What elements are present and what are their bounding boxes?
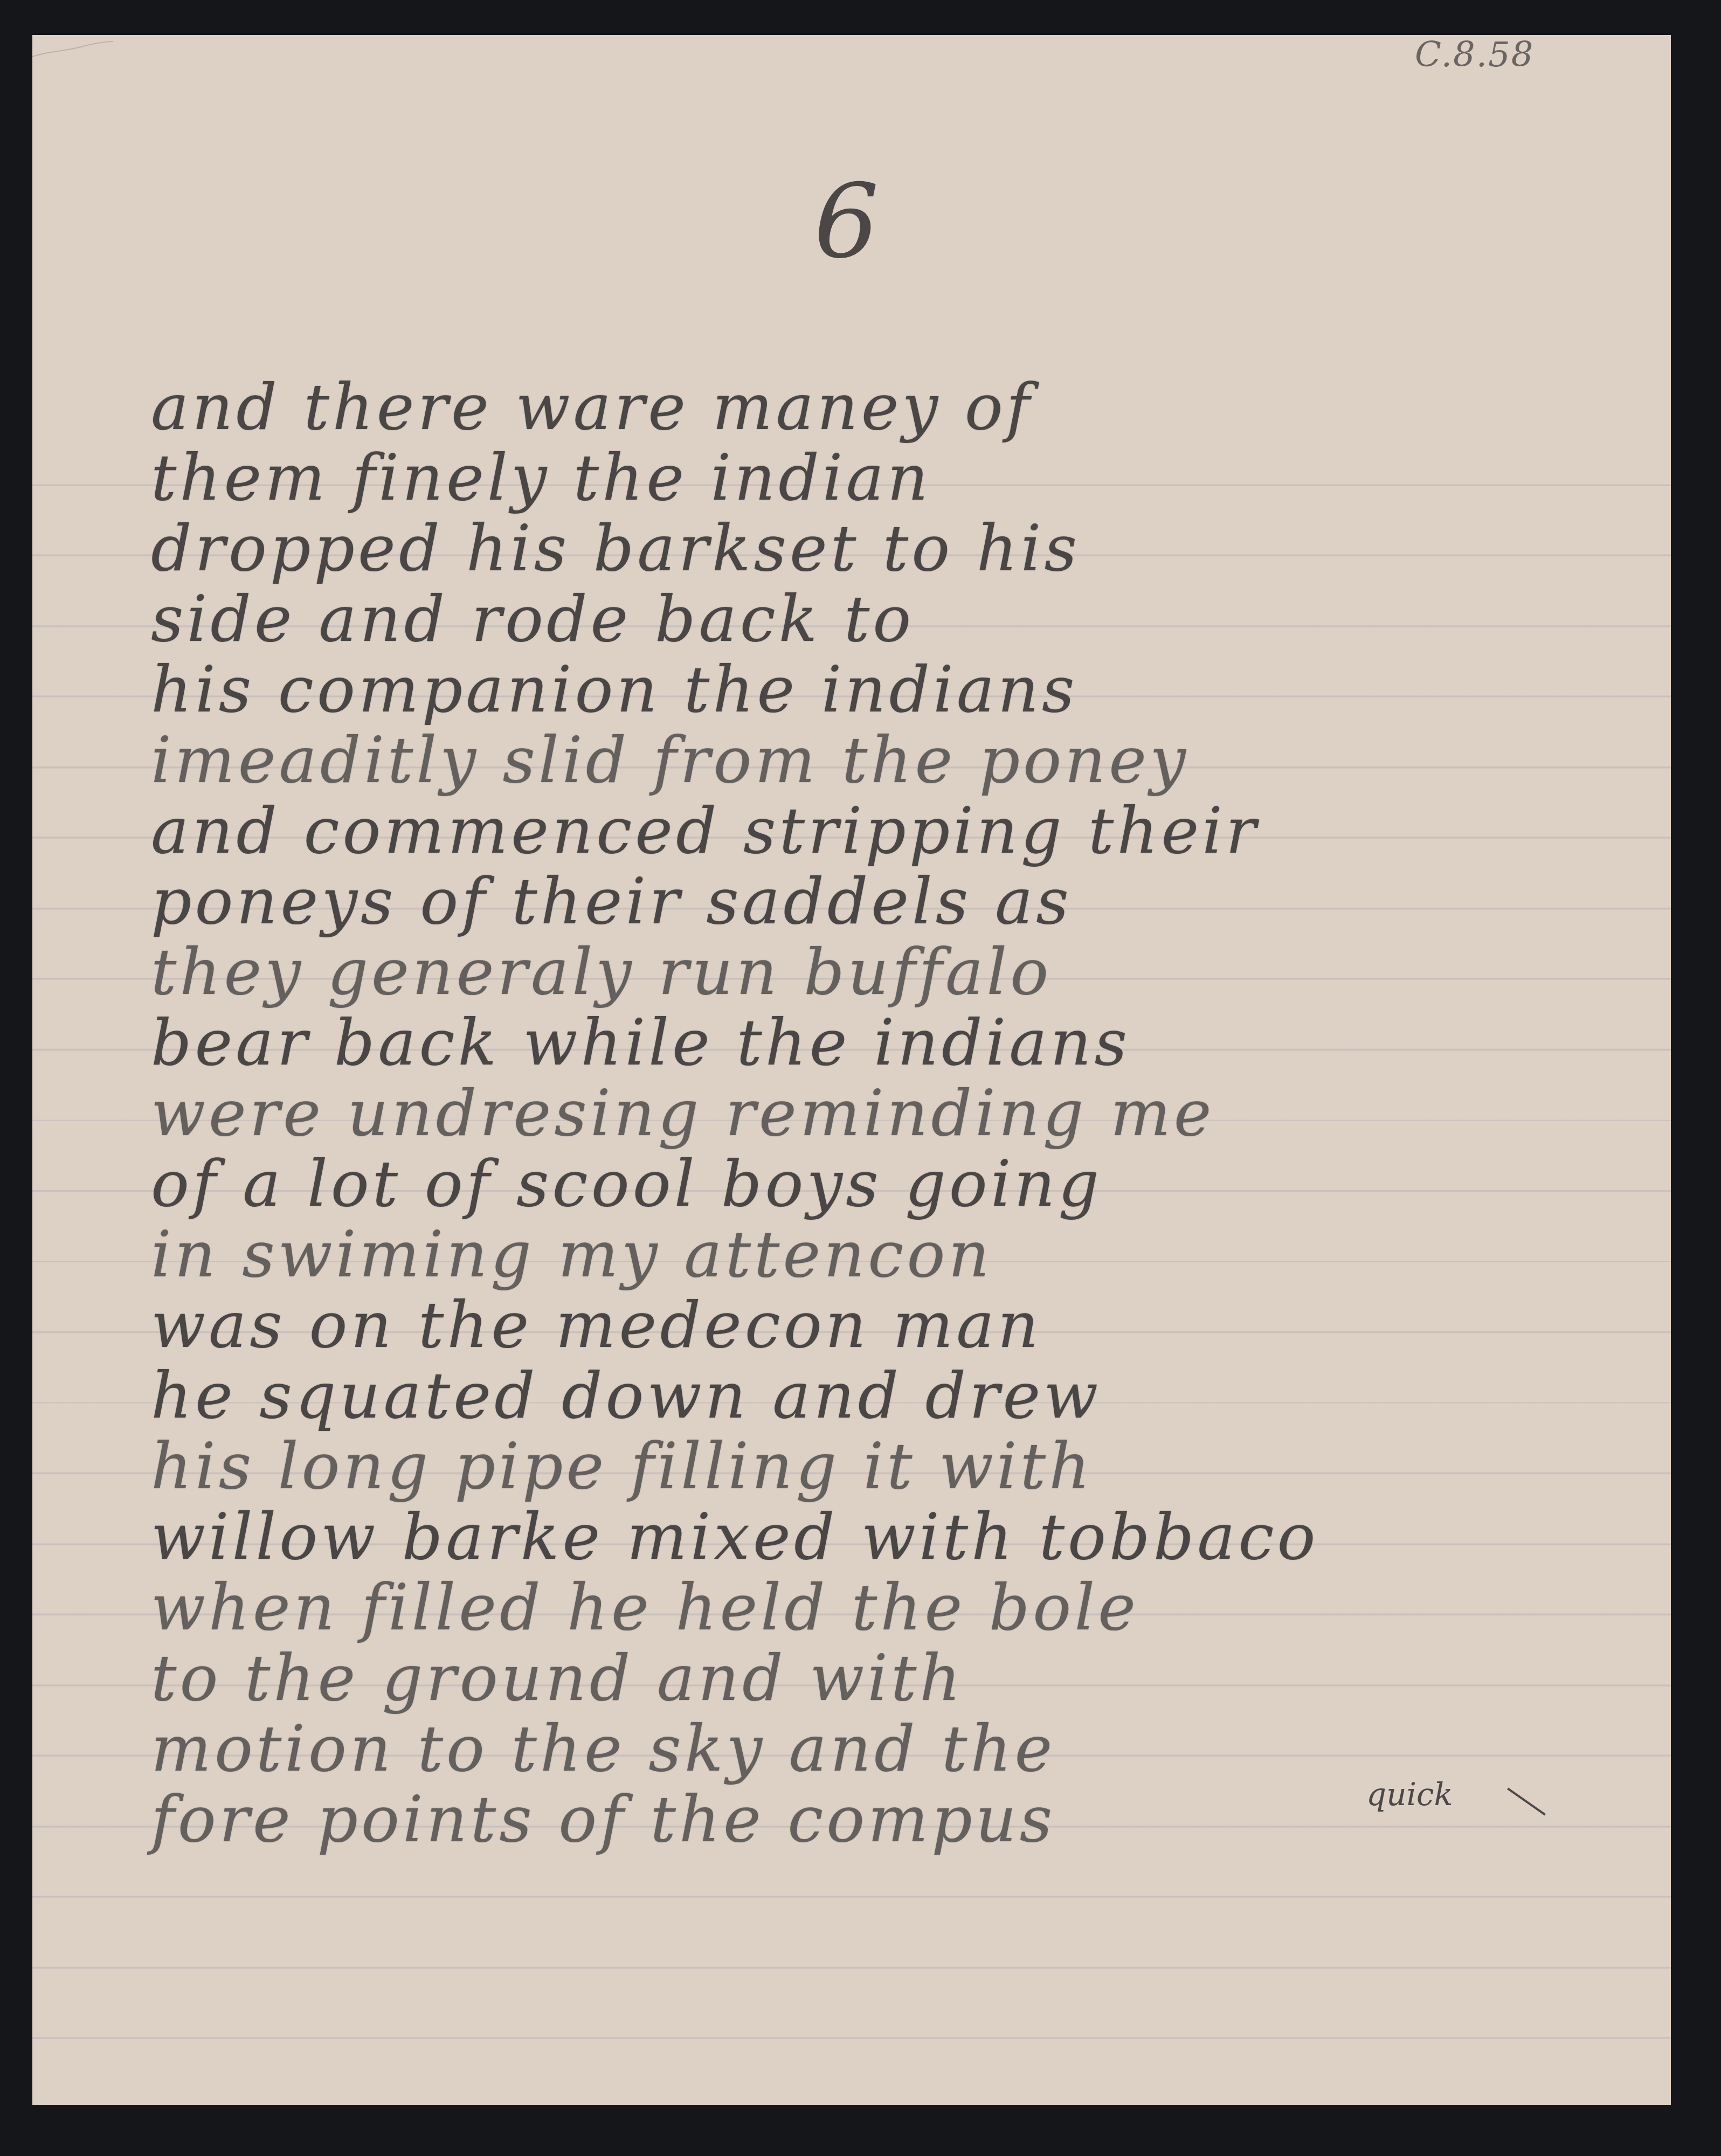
text-line: in swiming my attencon xyxy=(151,1219,1639,1290)
text-line: bear back while the indians xyxy=(151,1007,1639,1078)
text-line: poneys of their saddels as xyxy=(151,866,1639,937)
page-number: 6 xyxy=(814,162,879,281)
text-line: his long pipe filling it with xyxy=(151,1431,1639,1502)
text-line: they generaly run buffalo xyxy=(151,937,1639,1007)
text-line: willow barke mixed with tobbaco xyxy=(151,1502,1639,1572)
text-line: imeaditly slid from the poney xyxy=(151,725,1639,796)
text-line: he squated down and drew xyxy=(151,1360,1639,1431)
text-line: and commenced stripping their xyxy=(151,796,1639,866)
text-line: of a lot of scool boys going xyxy=(151,1149,1639,1219)
handwritten-text: and there ware maney of them finely the … xyxy=(151,372,1639,1855)
torn-corner xyxy=(32,35,113,59)
text-line: when filled he held the bole xyxy=(151,1572,1639,1643)
text-line: his companion the indians xyxy=(151,654,1639,725)
inserted-word-quick: quick xyxy=(1366,1776,1453,1813)
text-line: them finely the indian xyxy=(151,443,1639,513)
text-line: side and rode back to xyxy=(151,584,1639,654)
text-line: was on the medecon man xyxy=(151,1290,1639,1360)
text-line: and there ware maney of xyxy=(151,372,1639,443)
text-line: to the ground and with xyxy=(151,1643,1639,1713)
text-line: motion to the sky and the xyxy=(151,1713,1639,1784)
text-line: were undresing reminding me xyxy=(151,1078,1639,1149)
text-line: dropped his barkset to his xyxy=(151,513,1639,584)
catalog-number: C.8.58 xyxy=(1415,35,1535,75)
